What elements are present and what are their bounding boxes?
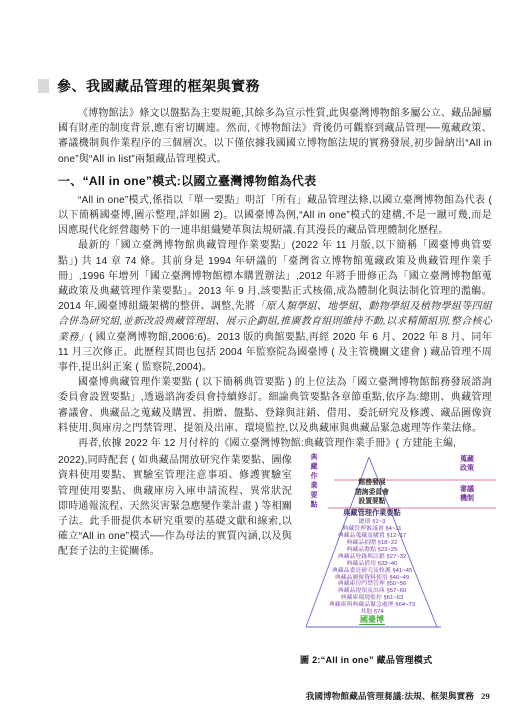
running-footer: 我國博物館藏品管理芻議:法規、框架與實務29: [306, 690, 490, 702]
figure-2-pyramid: 館務發展 諮詢委員會 設置要點 典藏管理作業要點 總則 §1~3 典藏管理審議會…: [306, 453, 502, 631]
tier3-title: 典藏管理作業要點: [306, 508, 438, 518]
pyramid-item: 典藏品委託研究及修護 §41~45: [306, 568, 438, 575]
pyramid-item: 典藏庫與典藏品緊急處理 §64~73: [306, 602, 438, 609]
pyramid-base-label: 國臺博: [306, 614, 438, 625]
paragraph-3: 最新的「國立臺灣博物館典藏管理作業要點」(2022 年 11 月版,以下簡稱「國…: [58, 238, 492, 375]
pyramid-item: 典藏品盤點 §23~25: [306, 547, 438, 554]
side-label-collection-policy: 蒐藏 政策: [444, 456, 490, 473]
figure-2: 館務發展 諮詢委員會 設置要點 典藏管理作業要點 總則 §1~3 典藏管理審議會…: [292, 453, 492, 666]
tier3-item-list: 總則 §1~3 典藏管理審議會 §4~11 典藏品蒐藏及購置 §12~17 典藏…: [306, 519, 438, 616]
figure-2-caption: 圖 2:“All in one” 藏品管理模式: [300, 653, 492, 666]
document-page: 參、我國藏品管理的框架與實務 《博物館法》條文以盤點為主要規範,其餘多為宣示性質…: [0, 0, 512, 724]
section-heading: 參、我國藏品管理的框架與實務: [58, 76, 492, 96]
side-label-review-mechanism: 審議 機制: [444, 486, 490, 503]
footer-title: 我國博物館藏品管理芻議:法規、框架與實務: [306, 691, 474, 701]
paragraph-3-post: ( 國立臺灣博物館,2006:6)。2013 版的典館要點,再經 2020 年 …: [58, 332, 492, 373]
paragraph-1: 《博物館法》條文以盤點為主要規範,其餘多為宣示性質,此與臺灣博物館多屬公立、藏品…: [58, 106, 492, 167]
text-and-figure-row: 2022),同時配套 ( 如典藏品開放研究作業要點、圖像資料使用要點、實驗室管理…: [58, 453, 492, 666]
tier2-committee-label: 館務發展 諮詢委員會 設置要點: [306, 478, 438, 506]
pyramid-item: 典藏品蒐藏及購置 §12~17: [306, 533, 438, 540]
section-heading-text: 參、我國藏品管理的框架與實務: [57, 76, 260, 96]
pyramid-item: 典藏品捐贈 §18~22: [306, 540, 438, 547]
pyramid-item: 典藏品登錄與註銷 §27~32: [306, 554, 438, 561]
paragraph-5-line1: 再者,依據 2022 年 12 月付梓的《國立臺灣博物館:典藏管理作業手冊》( …: [58, 436, 492, 451]
heading-marker: [38, 79, 49, 93]
subsection-heading: 一、“All in one”模式:以國立臺灣博物館為代表: [58, 172, 492, 189]
page-number: 29: [481, 691, 490, 701]
pyramid-item: 典藏品借用 §33~40: [306, 561, 438, 568]
paragraph-5-rest: 2022),同時配套 ( 如典藏品開放研究作業要點、圖像資料使用要點、實驗室管理…: [58, 453, 292, 666]
paragraph-4: 國臺博典藏管理作業要點 ( 以下簡稱典管要點 ) 的上位法為「國立臺灣博物館館務…: [58, 375, 492, 436]
paragraph-2: “All in one”模式,係指以「單一要點」明訂「所有」藏品管理法條,以國立…: [58, 193, 492, 239]
